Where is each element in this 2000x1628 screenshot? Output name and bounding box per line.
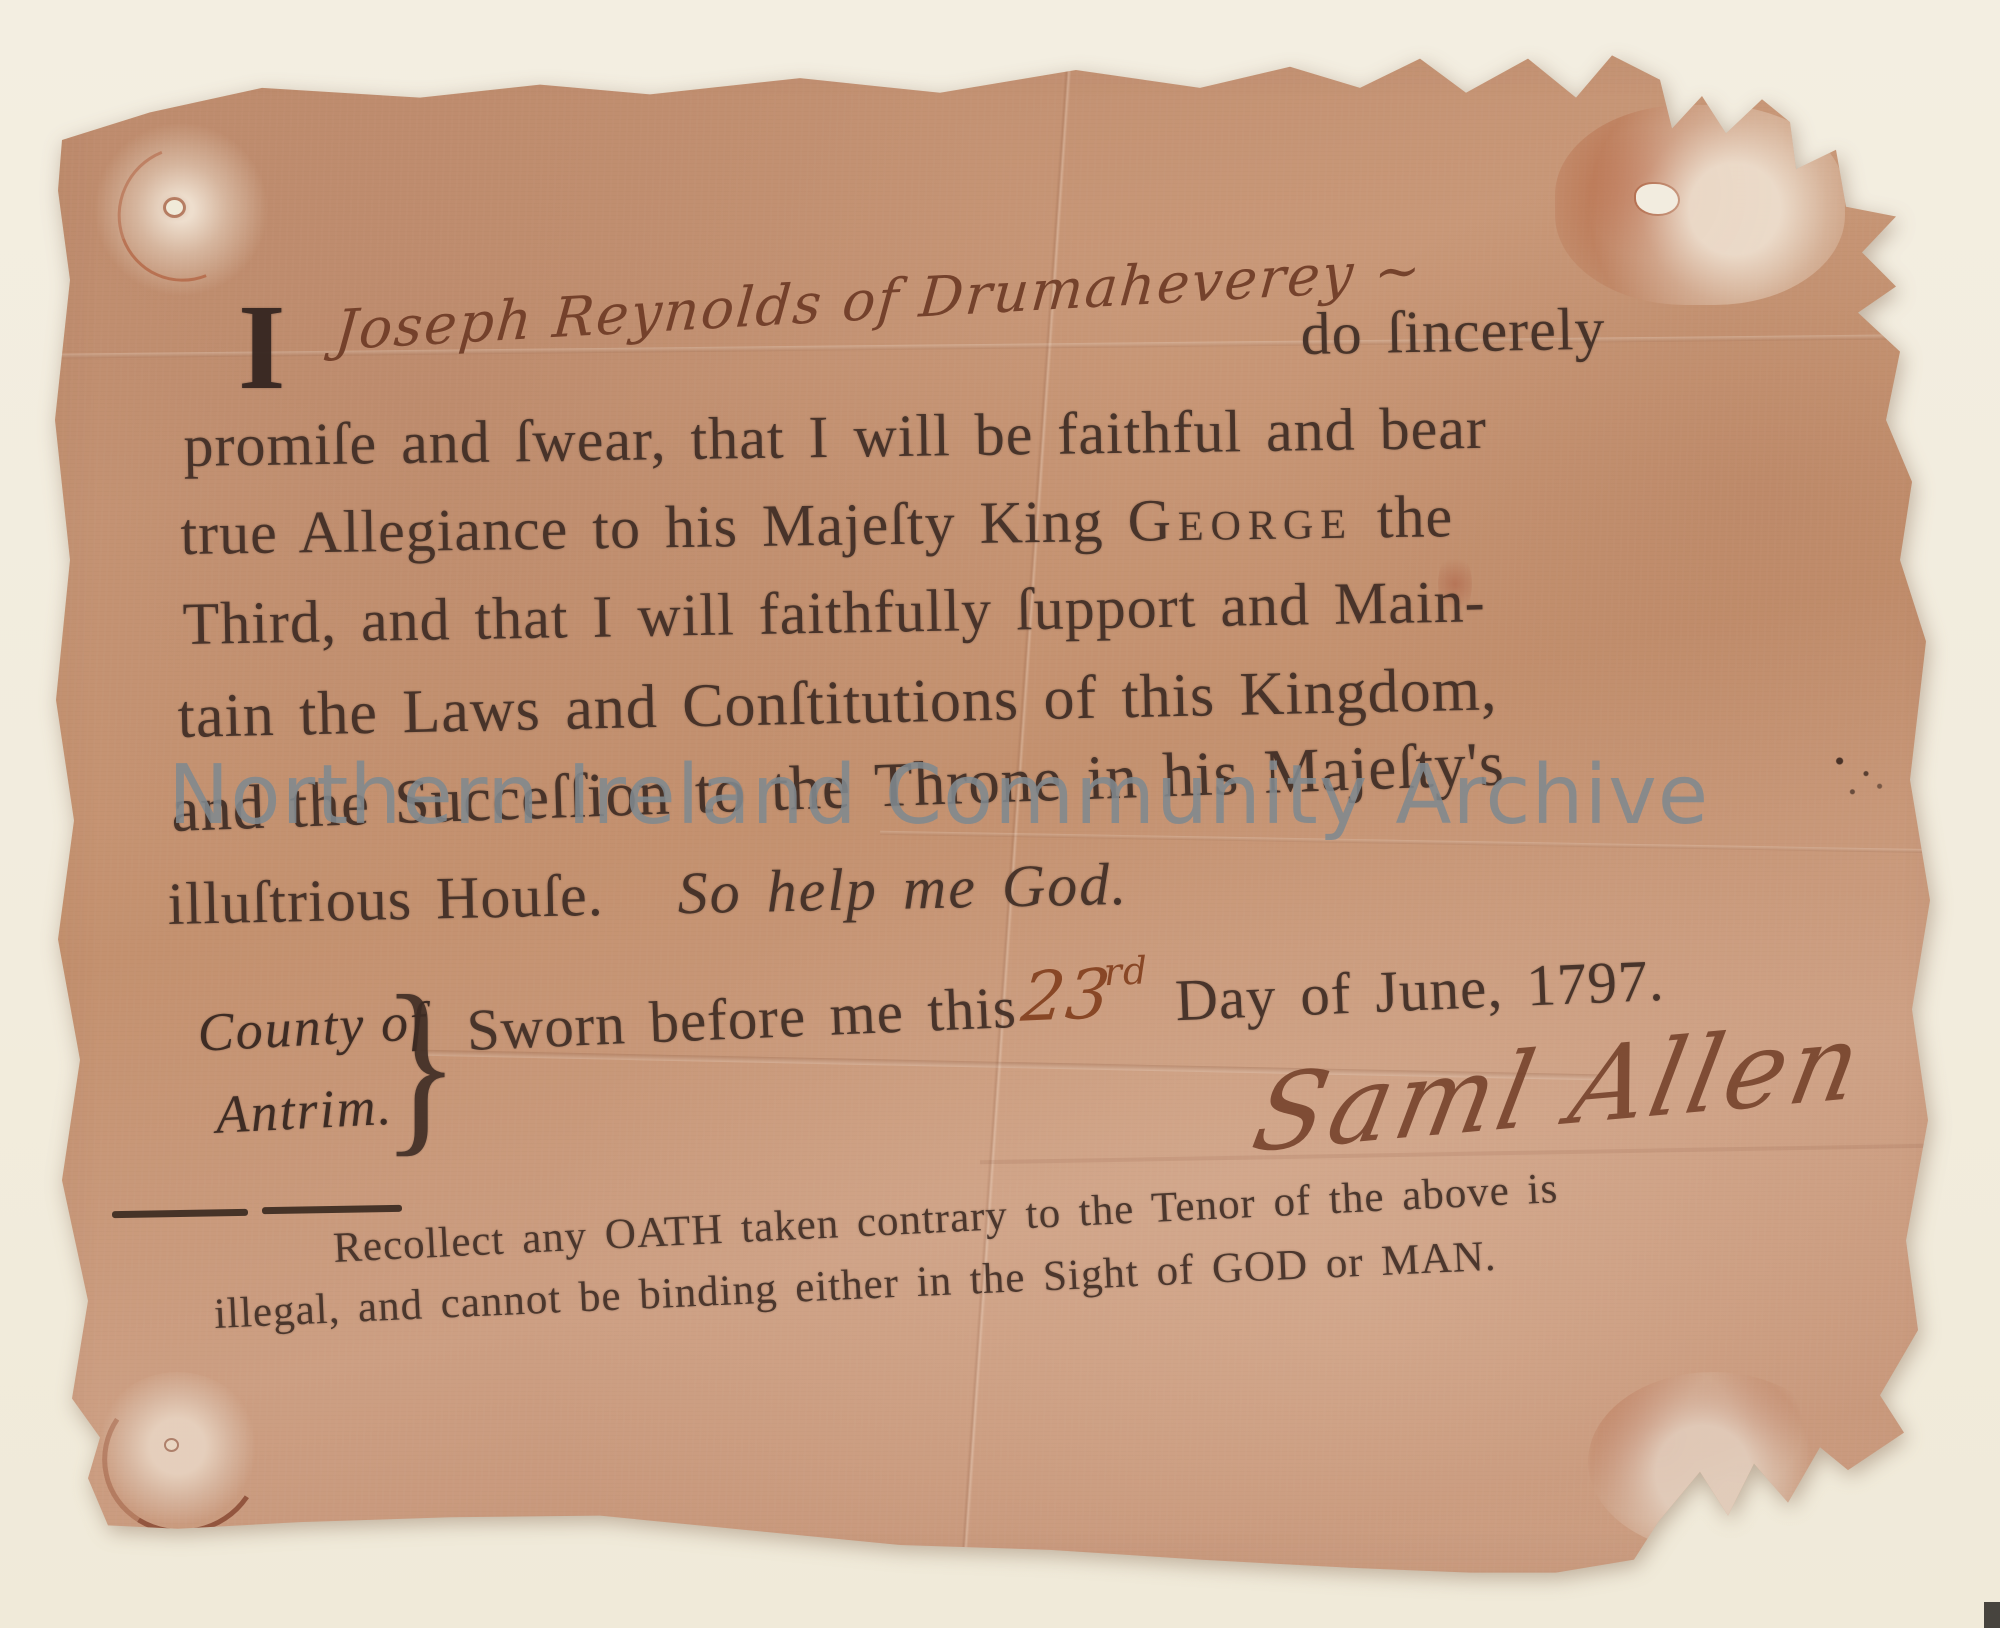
oath-line-7-text: illuſtrious Houſe. <box>167 862 604 937</box>
oath-initial-capital: I <box>238 278 285 418</box>
king-george-name: George <box>1127 485 1353 554</box>
pin-hole-bottom-left <box>166 1440 177 1450</box>
scanned-document-image: I Joseph Reynolds of Drumaheverey ~ do ſ… <box>0 0 2000 1628</box>
handwritten-day-number: 23 <box>1018 955 1114 1038</box>
handwritten-day-ordinal: rd <box>1103 948 1149 994</box>
torn-hole-top-right <box>1636 184 1678 214</box>
scan-corner-artifact <box>1984 1602 2000 1628</box>
so-help-me-god-text: So help me God. <box>677 851 1129 926</box>
oath-line-1: do ſincerely <box>1300 295 1606 369</box>
oath-line-3-suffix: the <box>1352 483 1453 550</box>
rust-stain-top-right <box>1555 105 1845 305</box>
antrim-label: Antrim. <box>214 1075 395 1146</box>
ink-specks-right-edge <box>1822 740 1902 810</box>
pin-hole-top-left <box>166 200 183 215</box>
archive-watermark: Northern Ireland Community Archive <box>168 748 1709 843</box>
curly-brace: } <box>382 952 459 1177</box>
oath-line-3-prefix: true Allegiance to his Majeſty King <box>180 488 1128 567</box>
rust-stain-bottom-right <box>1588 1372 1838 1552</box>
